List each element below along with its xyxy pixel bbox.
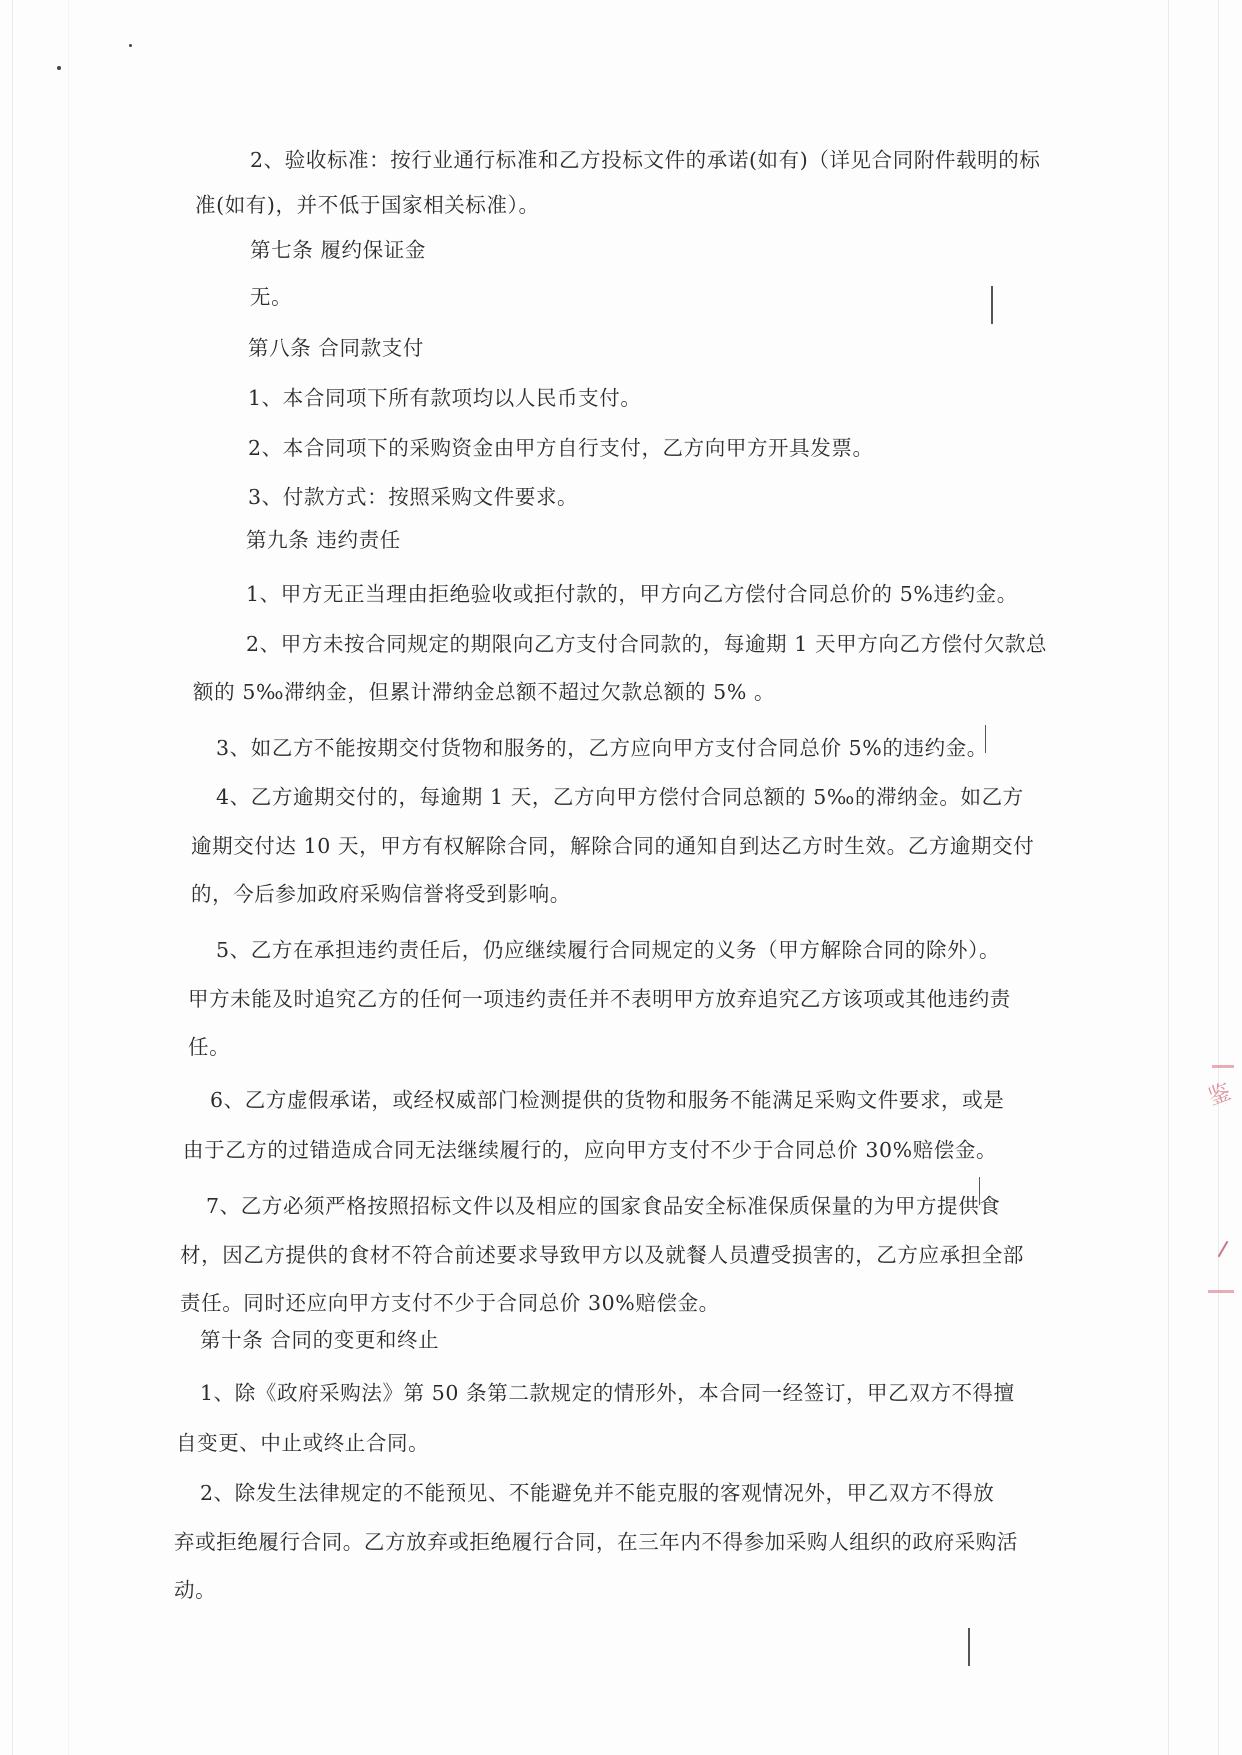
contract-paragraph-line: 2、本合同项下的采购资金由甲方自行支付，乙方向甲方开具发票。: [248, 434, 874, 462]
contract-paragraph-line: 甲方未能及时追究乙方的任何一项违约责任并不表明甲方放弃追究乙方该项或其他违约责: [188, 985, 1011, 1013]
contract-paragraph-line: 责任。同时还应向甲方支付不少于合同总价 30%赔偿金。: [180, 1289, 720, 1317]
scanned-contract-page: 鉴 2、验收标准：按行业通行标准和乙方投标文件的承诺(如有)（详见合同附件载明的…: [0, 0, 1242, 1755]
contract-paragraph-line: 自变更、中止或终止合同。: [176, 1429, 429, 1457]
article-heading: 第七条 履约保证金: [250, 236, 426, 264]
contract-paragraph-line: 材，因乙方提供的食材不符合前述要求导致甲方以及就餐人员遭受损害的，乙方应承担全部: [180, 1241, 1024, 1269]
contract-paragraph-line: 无。: [250, 283, 292, 311]
scan-speck: [57, 66, 61, 70]
scan-streak: [68, 0, 69, 1755]
contract-paragraph-line: 1、除《政府采购法》第 50 条第二款规定的情形外，本合同一经签订，甲乙双方不得…: [200, 1379, 1015, 1407]
contract-paragraph-line: 5、乙方在承担违约责任后，仍应继续履行合同规定的义务（甲方解除合同的除外）。: [216, 936, 1000, 964]
contract-paragraph-line: 7、乙方必须严格按照招标文件以及相应的国家食品安全标准保质保量的为甲方提供食: [206, 1192, 1000, 1220]
article-heading: 第八条 合同款支付: [248, 334, 424, 362]
contract-paragraph-line: 1、甲方无正当理由拒绝验收或拒付款的，甲方向乙方偿付合同总价的 5%违约金。: [246, 580, 1018, 608]
contract-paragraph-line: 逾期交付达 10 天，甲方有权解除合同，解除合同的通知自到达乙方时生效。乙方逾期…: [191, 832, 1034, 860]
contract-paragraph-line: 动。: [174, 1576, 216, 1604]
contract-paragraph-line: 6、乙方虚假承诺，或经权威部门检测提供的货物和服务不能满足采购文件要求，或是: [210, 1086, 1004, 1114]
seal-fragment-glyph: 鉴: [1203, 1075, 1234, 1112]
seal-fragment-bottom: [1208, 1290, 1234, 1293]
seal-fragment-top: [1212, 1065, 1234, 1068]
scan-streak: [1168, 0, 1169, 1755]
contract-paragraph-line: 准(如有)，并不低于国家相关标准）。: [195, 191, 540, 219]
contract-paragraph-line: 2、甲方未按合同规定的期限向乙方支付合同款的，每逾期 1 天甲方向乙方偿付欠款总: [246, 630, 1047, 658]
contract-paragraph-line: 的，今后参加政府采购信誉将受到影响。: [191, 880, 571, 908]
seal-fragment-stroke: [1218, 1241, 1229, 1258]
contract-paragraph-line: 由于乙方的过错造成合同无法继续履行的，应向甲方支付不少于合同总价 30%赔偿金。: [183, 1136, 997, 1164]
contract-paragraph-line: 2、验收标准：按行业通行标准和乙方投标文件的承诺(如有)（详见合同附件载明的标: [250, 146, 1040, 174]
article-heading: 第九条 违约责任: [246, 526, 401, 554]
contract-paragraph-line: 4、乙方逾期交付的，每逾期 1 天，乙方向甲方偿付合同总额的 5‰的滞纳金。如乙…: [216, 783, 1024, 811]
contract-paragraph-line: 2、除发生法律规定的不能预见、不能避免并不能克服的客观情况外，甲乙双方不得放: [200, 1479, 994, 1507]
contract-paragraph-line: 3、如乙方不能按期交付货物和服务的，乙方应向甲方支付合同总价 5%的违约金。: [216, 734, 988, 762]
contract-paragraph-line: 3、付款方式：按照采购文件要求。: [248, 483, 578, 511]
contract-paragraph-line: 1、本合同项下所有款项均以人民币支付。: [248, 384, 641, 412]
margin-mark: [968, 1628, 970, 1666]
article-heading: 第十条 合同的变更和终止: [200, 1326, 439, 1354]
margin-mark: [991, 286, 993, 324]
scan-speck: [129, 44, 132, 47]
contract-paragraph-line: 额的 5‰滞纳金，但累计滞纳金总额不超过欠款总额的 5% 。: [193, 678, 775, 706]
contract-paragraph-line: 任。: [188, 1033, 230, 1061]
contract-paragraph-line: 弃或拒绝履行合同。乙方放弃或拒绝履行合同，在三年内不得参加采购人组织的政府采购活: [174, 1528, 1018, 1556]
scan-streak: [1218, 0, 1219, 1755]
scan-streak: [12, 0, 13, 1755]
